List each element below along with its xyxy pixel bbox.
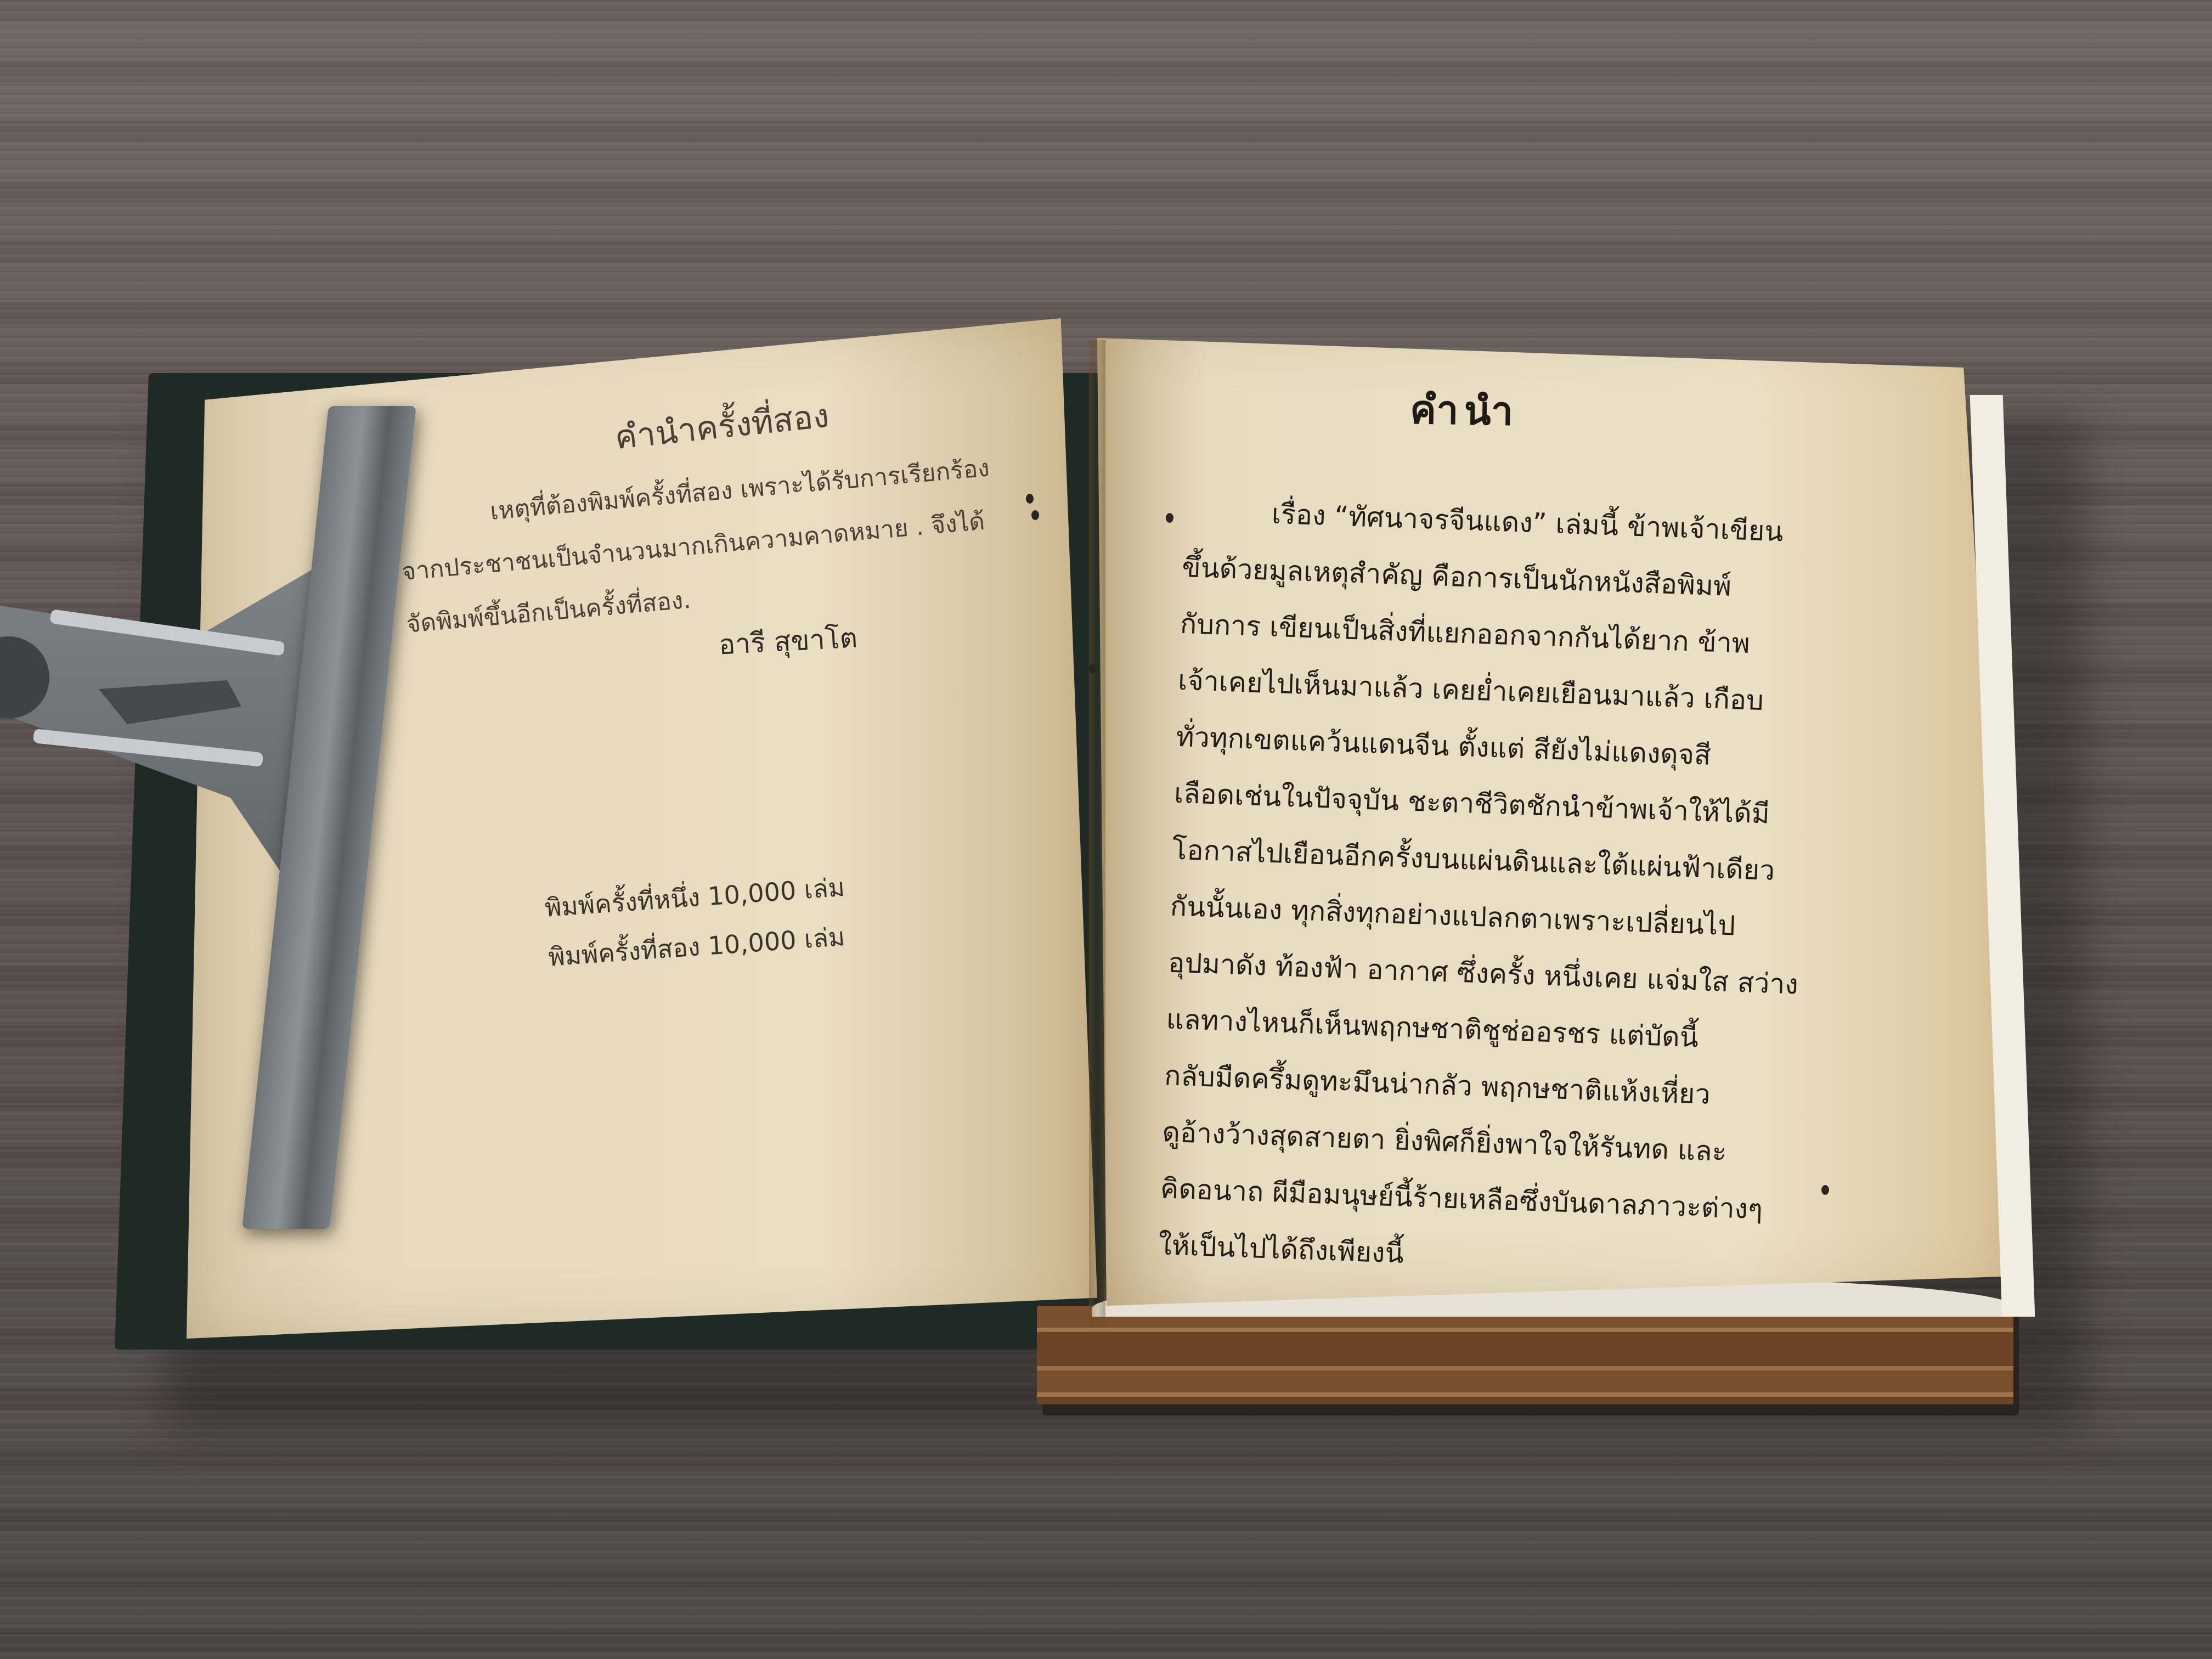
ink-spot [1026, 494, 1034, 504]
right-page-title: คำนำ [1409, 377, 1519, 442]
right-page-body: เรื่อง “ทัศนาจรจีนแดง” เล่มนี้ ข้าพเจ้าเ… [1158, 483, 1815, 1295]
ink-spot [1821, 1185, 1829, 1195]
ink-spot [1166, 513, 1173, 523]
author-name: อารี สุขาโต [718, 616, 859, 667]
page-block-edge [1037, 1306, 2013, 1404]
print-info: พิมพ์ครั้งที่หนึ่ง 10,000 เล่ม พิมพ์ครั้… [543, 862, 850, 982]
ink-spot [1031, 510, 1039, 520]
metal-clip[interactable] [0, 406, 395, 1229]
ink-spot [1089, 664, 1097, 674]
book-gutter [1089, 340, 1105, 1328]
